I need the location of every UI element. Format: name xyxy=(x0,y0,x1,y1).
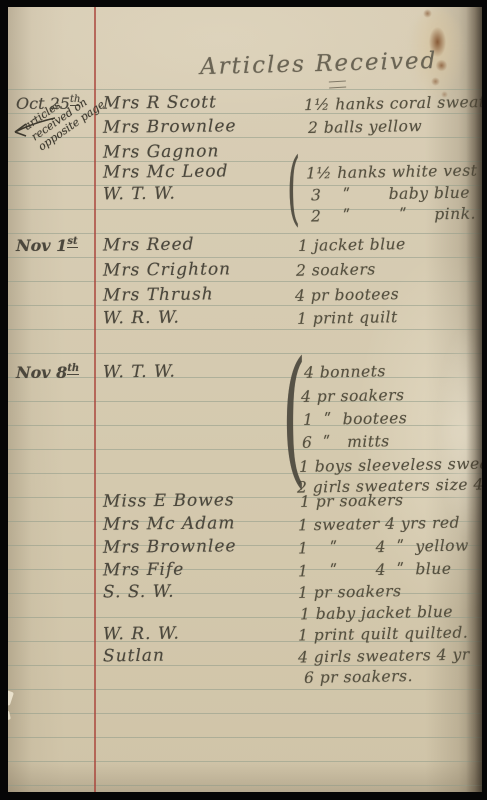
date-label: Nov 1st xyxy=(16,237,78,254)
entry-item: 2 ʺ ʺ pink. xyxy=(311,207,476,225)
page-title-word: Received xyxy=(315,48,438,77)
entry-name: Mrs Fife xyxy=(103,562,184,580)
stain-dot xyxy=(423,9,432,18)
date-month: Nov xyxy=(16,236,51,255)
entry-name: Mrs R Scott xyxy=(103,94,217,112)
stain-dot xyxy=(431,77,440,86)
red-margin-line xyxy=(94,7,96,792)
date-label: Nov 8th xyxy=(16,364,79,381)
date-suffix: th xyxy=(67,363,79,375)
entry-name: W. R. W. xyxy=(103,626,180,644)
entry-name: Mrs Thrush xyxy=(103,286,214,304)
entry-item: 1 ʺ 4 ʺ blue xyxy=(298,562,452,580)
entry-item: 1 sweater 4 yrs red xyxy=(298,516,460,534)
entry-item: 4 girls sweaters 4 yr xyxy=(298,648,470,666)
entry-item: 1 print quilt quilted. xyxy=(298,626,469,644)
entry-item: 1 pr soakers xyxy=(298,584,402,601)
entry-name: Miss E Bowes xyxy=(103,492,235,510)
ledger-page: Articles Received articles received on o… xyxy=(8,7,482,792)
entry-item: 1 pr soakers xyxy=(300,493,404,510)
entry-item: 1 boys sleeveless sweater xyxy=(299,456,482,475)
entry-name: Mrs Reed xyxy=(103,237,195,255)
group-brace-icon: ( xyxy=(282,343,306,491)
entry-item: 6 pr soakers. xyxy=(304,669,413,686)
date-month: Oct xyxy=(16,94,45,113)
date-month: Nov xyxy=(16,363,51,382)
entry-name: Mrs Mc Adam xyxy=(103,515,236,533)
date-day: 25 xyxy=(50,94,70,113)
entry-name: W. R. W. xyxy=(103,310,180,328)
entry-item: 1 ʺ 4 ʺ yellow xyxy=(298,539,469,557)
entry-item: 4 pr soakers xyxy=(301,388,405,405)
entry-name: W. T. W. xyxy=(103,186,176,204)
date-label: Oct 25th xyxy=(16,95,80,112)
entry-name: W. T. W. xyxy=(103,364,176,382)
entry-item: 1 jacket blue xyxy=(298,237,406,254)
entry-item: 6 ʺ mitts xyxy=(302,434,390,451)
entry-item: 1½ hanks white vest xyxy=(306,164,478,182)
stain-dot xyxy=(436,59,447,72)
entry-name: Mrs Brownlee xyxy=(103,118,237,136)
entry-item: 1 print quilt xyxy=(297,310,398,327)
date-suffix: th xyxy=(70,94,80,106)
page-edge-shadow xyxy=(466,7,482,792)
entry-name: S. S. W. xyxy=(103,584,175,602)
entry-name: Mrs Crighton xyxy=(103,261,231,279)
photo-frame: Articles Received articles received on o… xyxy=(0,0,487,800)
entry-name: Mrs Mc Leod xyxy=(103,163,229,181)
date-day: 1 xyxy=(56,236,67,255)
page-title: Articles Received xyxy=(200,50,438,79)
entry-item: 3 ʺ baby blue xyxy=(311,186,470,204)
group-brace-icon: ( xyxy=(287,148,300,229)
title-underline xyxy=(329,81,346,89)
entry-item: 4 pr bootees xyxy=(295,287,399,304)
entry-item: 4 bonnets xyxy=(304,364,386,381)
entry-item: 1 baby jacket blue xyxy=(300,605,453,623)
entry-item: 1 ʺ bootees xyxy=(303,411,408,428)
page-title-word: Articles xyxy=(200,51,307,80)
date-suffix: st xyxy=(67,236,77,248)
entry-item: 2 balls yellow xyxy=(308,119,422,136)
entry-name: Mrs Brownlee xyxy=(103,538,237,556)
date-day: 8 xyxy=(56,363,67,382)
entry-name: Sutlan xyxy=(103,648,165,666)
entry-item: 2 soakers xyxy=(296,262,376,279)
entry-name: Mrs Gagnon xyxy=(103,143,220,161)
entry-item: 1½ hanks coral sweater 4 yr xyxy=(304,94,482,114)
